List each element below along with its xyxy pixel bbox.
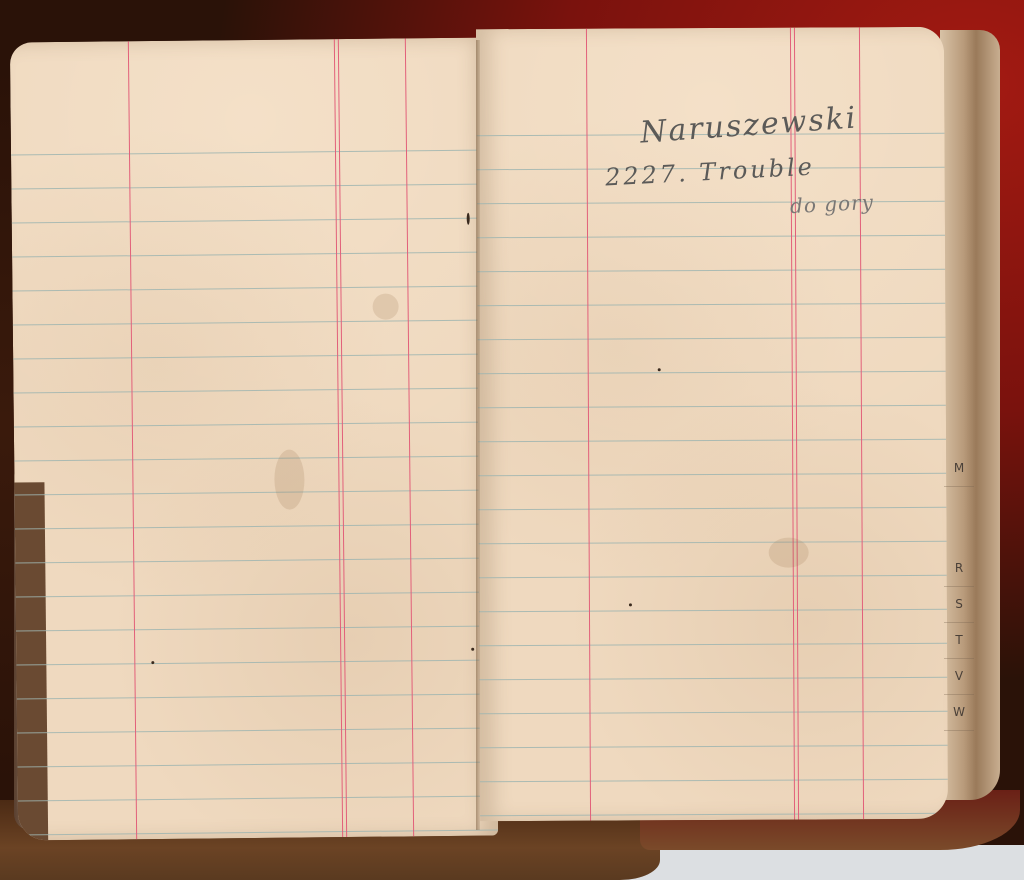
index-tab[interactable]: S: [944, 586, 974, 623]
margin-line: [405, 38, 414, 836]
ruled-line: [480, 745, 948, 748]
ruled-line: [13, 353, 493, 359]
ink-mark: [467, 213, 470, 225]
ruled-line: [18, 795, 498, 801]
ruled-line: [477, 303, 945, 306]
ruled-line: [480, 711, 948, 714]
margin-line-double: [790, 28, 795, 820]
ink-dot: [471, 648, 474, 651]
ruled-line: [17, 727, 497, 733]
ruled-line: [14, 455, 494, 461]
ruled-line: [12, 285, 492, 291]
ruled-line: [480, 779, 948, 782]
ruled-line: [17, 761, 497, 767]
index-tab[interactable]: R: [944, 550, 974, 587]
margin-line-double: [334, 39, 343, 837]
ruled-line: [15, 557, 495, 563]
ruled-line: [479, 677, 947, 680]
margin-line: [586, 29, 591, 821]
ruled-line: [478, 473, 946, 476]
index-tab[interactable]: V: [944, 658, 974, 695]
margin-line: [859, 27, 864, 819]
book-gutter: [476, 40, 480, 830]
index-tab[interactable]: M: [944, 450, 974, 487]
index-tab[interactable]: W: [944, 694, 974, 731]
ruled-line: [16, 591, 496, 597]
ruled-line: [12, 251, 492, 257]
ruled-line: [479, 575, 947, 578]
ruled-line: [18, 829, 498, 835]
ruled-line: [15, 489, 495, 495]
ruled-line: [478, 337, 946, 340]
ruled-line: [479, 541, 947, 544]
ruled-line: [478, 371, 946, 374]
ruled-line: [480, 813, 948, 816]
ruled-line: [477, 235, 945, 238]
ruled-line: [477, 269, 945, 272]
stain: [274, 449, 305, 509]
margin-line: [128, 41, 137, 839]
ruled-line: [14, 387, 494, 393]
ruled-line: [11, 184, 491, 190]
ink-dot: [151, 661, 154, 664]
right-page: [476, 27, 948, 821]
ruled-line: [16, 659, 496, 665]
alphabet-index-tabs: M R S T V W: [944, 450, 980, 770]
ruled-line: [478, 439, 946, 442]
ruled-line: [17, 693, 497, 699]
ruled-line: [478, 507, 946, 510]
ruled-line: [477, 201, 945, 204]
stain: [372, 293, 398, 319]
ruled-line: [12, 217, 492, 223]
ruled-line: [14, 421, 494, 427]
ink-dot: [629, 603, 632, 606]
ruled-line: [479, 609, 947, 612]
index-tab[interactable]: T: [944, 622, 974, 659]
ink-dot: [658, 368, 661, 371]
ruled-line: [479, 643, 947, 646]
ruled-line: [16, 625, 496, 631]
ruled-line: [15, 523, 495, 529]
stain: [769, 537, 809, 567]
ruled-line: [13, 319, 493, 325]
left-page: [10, 38, 498, 841]
ruled-line: [11, 150, 491, 156]
ruled-line: [478, 405, 946, 408]
handwritten-direction: do gory: [789, 190, 874, 218]
